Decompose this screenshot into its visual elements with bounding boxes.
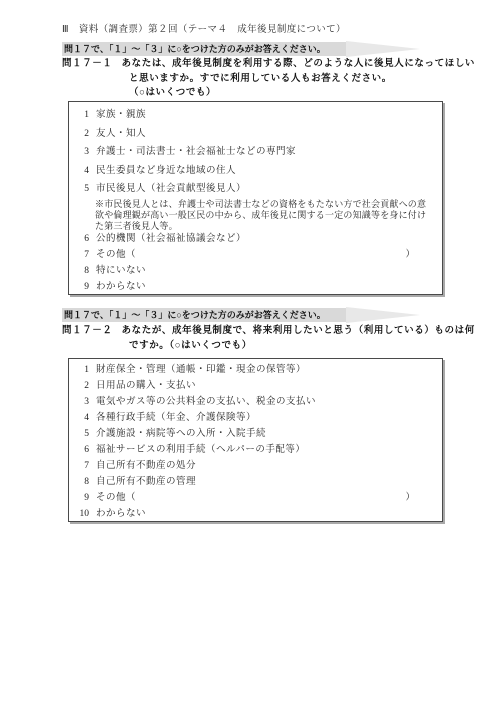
option-label: その他（ xyxy=(96,490,136,506)
question-number: 問１７－１ xyxy=(62,57,113,72)
option-number: 7 xyxy=(69,247,89,263)
close-paren: ） xyxy=(405,247,415,263)
option-row: 10 わからない xyxy=(69,506,442,522)
option-row: 6 公的機関（社会福祉協議会など） xyxy=(69,231,442,247)
option-number: 1 xyxy=(69,106,89,125)
option-label: 弁護士・司法書士・社会福祉士などの専門家 xyxy=(96,143,296,162)
option-number: 9 xyxy=(69,279,89,295)
option-row: 4 各種行政手続（年金、介護保険等） xyxy=(69,410,442,426)
question-text-line1: あなたが、成年後見制度で、将来利用したいと思う（利用している）ものは何 xyxy=(122,324,475,339)
option-number: 9 xyxy=(69,490,89,506)
question-17-1-line1: 問１７－１ あなたは、成年後見制度を利用する際、どのような人に後見人になってほし… xyxy=(62,57,475,72)
option-row: 8 特にいない xyxy=(69,263,442,279)
option-label: その他（ xyxy=(96,247,136,263)
citizen-guardian-note: ※市民後見人とは、弁護士や司法書士などの資格をもたない方で社会貢献への意 欲や倫… xyxy=(95,199,436,231)
option-label: 家族・親族 xyxy=(96,106,146,125)
option-row: 6 福祉サービスの利用手続（ヘルパーの手配等） xyxy=(69,442,442,458)
option-label: 特にいない xyxy=(96,263,146,279)
document-header: Ⅲ 資料（調査票）第２回（テーマ４ 成年後見制度について） xyxy=(62,21,346,35)
option-label: 公的機関（社会福祉協議会など） xyxy=(96,231,246,247)
option-number: 4 xyxy=(69,410,89,426)
answer-instruction: （○はいくつでも） xyxy=(129,86,475,101)
option-number: 5 xyxy=(69,426,89,442)
option-label: 各種行政手続（年金、介護保険等） xyxy=(96,410,256,426)
option-label: 民生委員など身近な地域の住人 xyxy=(96,162,236,181)
option-number: 4 xyxy=(69,162,89,181)
option-label: わからない xyxy=(96,506,146,522)
option-number: 1 xyxy=(69,362,89,378)
option-label: 電気やガス等の公共料金の支払い、税金の支払い xyxy=(96,394,316,410)
note-line1: ※市民後見人とは、弁護士や司法書士などの資格をもたない方で社会貢献への意 xyxy=(95,199,436,210)
option-row: 7 自己所有不動産の処分 xyxy=(69,458,442,474)
option-number: 2 xyxy=(69,378,89,394)
option-label: 福祉サービスの利用手続（ヘルパーの手配等） xyxy=(96,442,305,458)
question-17-2-heading: 問１７－２ あなたが、成年後見制度で、将来利用したいと思う（利用している）ものは… xyxy=(62,324,475,353)
option-number: 3 xyxy=(69,143,89,162)
option-number: 8 xyxy=(69,474,89,490)
arrow-right-icon xyxy=(346,307,420,323)
option-label: 介護施設・病院等への入所・入院手続 xyxy=(96,426,266,442)
question-text-line2: ですか。（○はいくつでも） xyxy=(129,339,475,354)
option-number: 5 xyxy=(69,180,89,199)
option-row: 1 財産保全・管理（通帳・印鑑・現金の保管等） xyxy=(69,362,442,378)
filter-banner-text: 問１７で、「１」～「３」に○をつけた方のみがお答えください。 xyxy=(62,308,346,322)
option-number: 2 xyxy=(69,125,89,144)
option-row: 1 家族・親族 xyxy=(69,106,442,125)
option-row: 9 わからない xyxy=(69,279,442,295)
option-number: 10 xyxy=(69,506,89,522)
option-row-other: 9 その他（ ） xyxy=(69,490,442,506)
filter-banner-text: 問１７で、「１」～「３」に○をつけた方のみがお答えください。 xyxy=(62,42,346,56)
option-row-other: 7 その他（ ） xyxy=(69,247,442,263)
answer-box-q17-1: 1 家族・親族 2 友人・知人 3 弁護士・司法書士・社会福祉士などの専門家 4… xyxy=(68,101,443,295)
option-label: わからない xyxy=(96,279,146,295)
question-text-line1: あなたは、成年後見制度を利用する際、どのような人に後見人になってほしい xyxy=(122,57,476,72)
option-number: 7 xyxy=(69,458,89,474)
question-number: 問１７－２ xyxy=(62,324,113,339)
option-number: 8 xyxy=(69,263,89,279)
option-row: 3 電気やガス等の公共料金の支払い、税金の支払い xyxy=(69,394,442,410)
option-row: 5 市民後見人（社会貢献型後見人） xyxy=(69,180,442,199)
close-paren: ） xyxy=(405,490,415,506)
option-row: 2 日用品の購入・支払い xyxy=(69,378,442,394)
arrow-right-icon xyxy=(346,41,420,57)
note-line3: た第三者後見人等。 xyxy=(95,221,436,232)
option-row: 2 友人・知人 xyxy=(69,125,442,144)
option-row: 8 自己所有不動産の管理 xyxy=(69,474,442,490)
filter-banner-q17-2: 問１７で、「１」～「３」に○をつけた方のみがお答えください。 xyxy=(62,308,346,322)
survey-document-page: Ⅲ 資料（調査票）第２回（テーマ４ 成年後見制度について） 問１７で、「１」～「… xyxy=(0,0,496,702)
option-label: 日用品の購入・支払い xyxy=(96,378,196,394)
note-line2: 欲や倫理観が高い一般区民の中から、成年後見に関する一定の知識等を身に付け xyxy=(95,210,436,221)
option-row: 5 介護施設・病院等への入所・入院手続 xyxy=(69,426,442,442)
answer-box-q17-2: 1 財産保全・管理（通帳・印鑑・現金の保管等） 2 日用品の購入・支払い 3 電… xyxy=(68,358,443,522)
option-row: 4 民生委員など身近な地域の住人 xyxy=(69,162,442,181)
option-label: 自己所有不動産の管理 xyxy=(96,474,196,490)
option-label: 友人・知人 xyxy=(96,125,146,144)
option-number: 6 xyxy=(69,231,89,247)
option-label: 財産保全・管理（通帳・印鑑・現金の保管等） xyxy=(96,362,306,378)
option-row: 3 弁護士・司法書士・社会福祉士などの専門家 xyxy=(69,143,442,162)
option-number: 6 xyxy=(69,442,89,458)
question-17-1-heading: 問１７－１ あなたは、成年後見制度を利用する際、どのような人に後見人になってほし… xyxy=(62,57,475,101)
filter-banner-q17-1: 問１７で、「１」～「３」に○をつけた方のみがお答えください。 xyxy=(62,42,346,56)
option-label: 市民後見人（社会貢献型後見人） xyxy=(96,180,246,199)
option-number: 3 xyxy=(69,394,89,410)
question-17-2-line1: 問１７－２ あなたが、成年後見制度で、将来利用したいと思う（利用している）ものは… xyxy=(62,324,475,339)
option-label: 自己所有不動産の処分 xyxy=(96,458,196,474)
question-text-line2: と思いますか。すでに利用している人もお答えください。 xyxy=(129,72,475,87)
